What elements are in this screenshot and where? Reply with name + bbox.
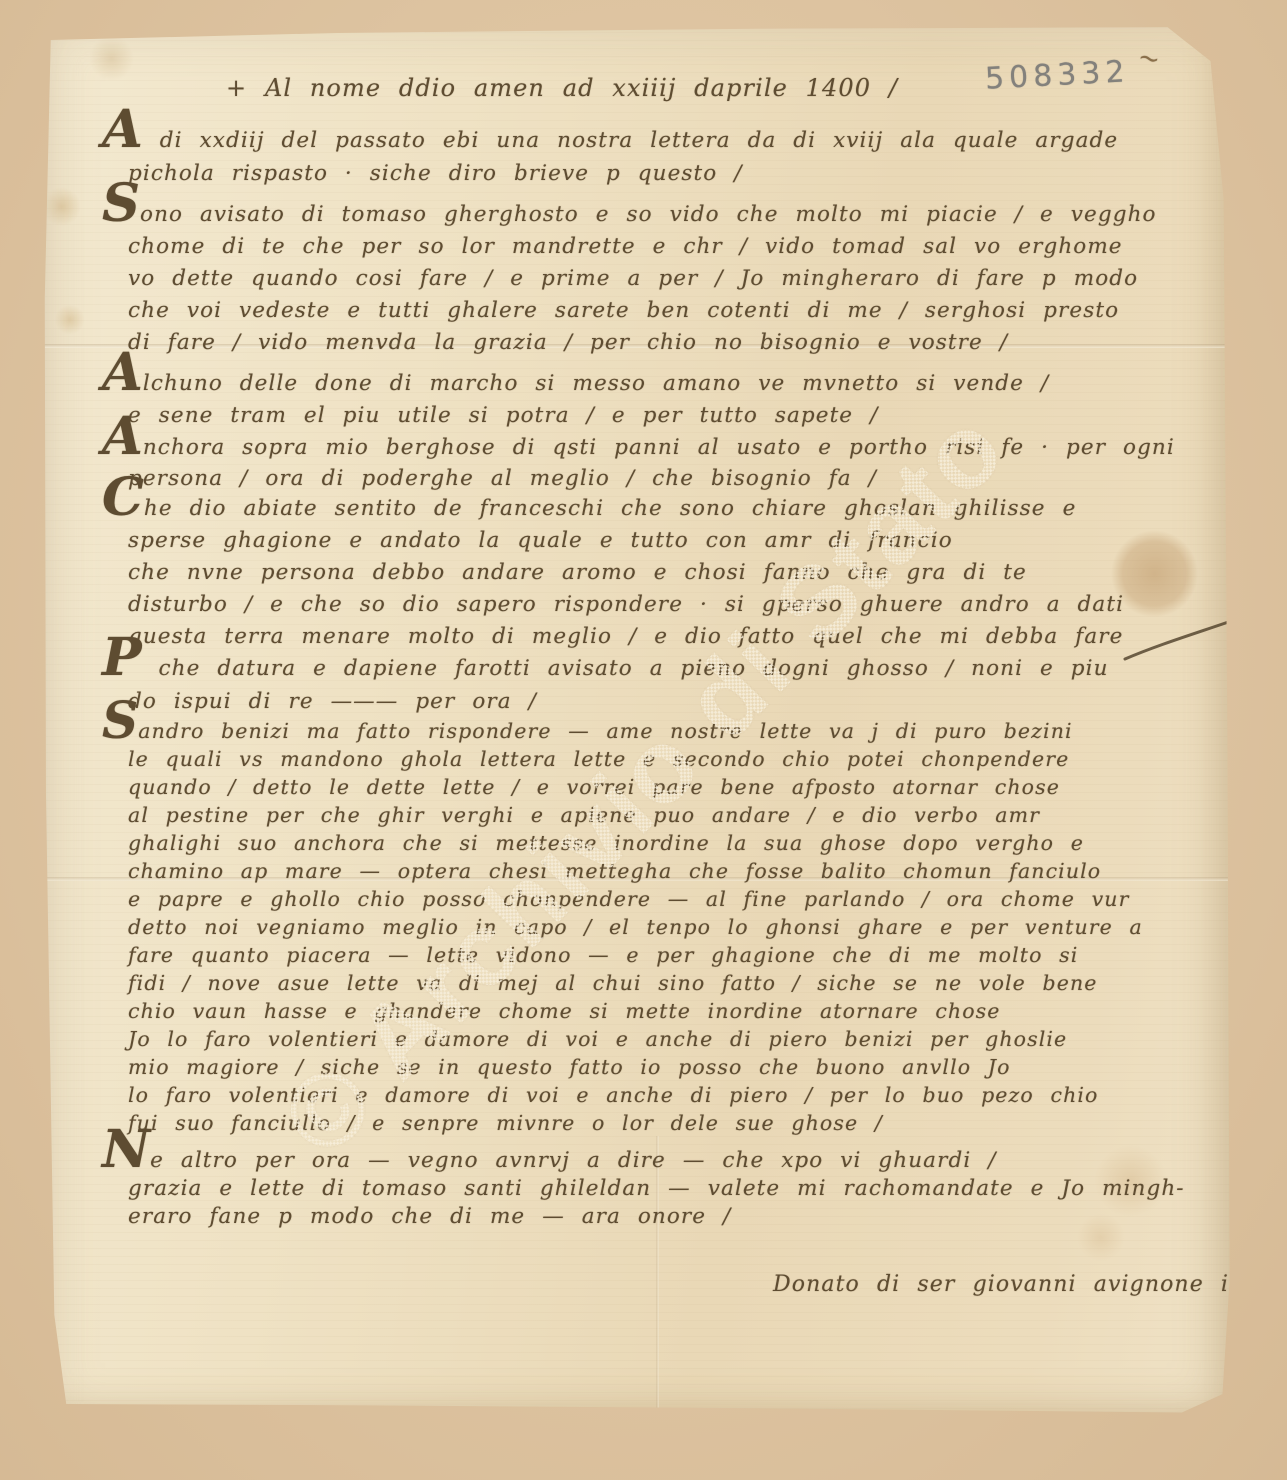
paragraph-5: Che dio abiate sentito de franceschi che… (128, 493, 1230, 653)
paragraph-2: Sono avisato di tomaso gherghosto e so v… (128, 199, 1230, 359)
manuscript-line: disturbo / e che so dio sapero risponder… (128, 589, 1230, 621)
manuscript-line: che voi vedeste e tutti ghalere sarete b… (128, 295, 1230, 327)
manuscript-line: grazia e lette di tomaso santi ghileldan… (128, 1175, 1230, 1203)
signature-line: Donato di ser giovanni avignone in frett… (773, 1272, 1243, 1297)
manuscript-line: detto noi vegniamo meglio in capo / el t… (128, 913, 1230, 941)
header-invocation-date: + Al nome ddio amen ad xxiiij daprile 14… (226, 74, 1086, 102)
manuscript-line: e sene tram el piu utile si potra / e pe… (128, 400, 1230, 432)
manuscript-line: di fare / vido menvda la grazia / per ch… (128, 327, 1230, 359)
manuscript-line: eraro fane p modo che di me — ara onore … (128, 1203, 1230, 1231)
manuscript-line: Che dio abiate sentito de franceschi che… (128, 493, 1230, 525)
manuscript-line: A di xxdiij del passato ebi una nostra l… (128, 124, 1230, 157)
manuscript-line: Alchuno delle done di marcho si messo am… (128, 368, 1230, 400)
manuscript-line: che nvne persona debbo andare aromo e ch… (128, 557, 1230, 589)
manuscript-line: persona / ora di poderghe al meglio / ch… (128, 463, 1230, 494)
manuscript-line: chio vaun hasse e ghandere chome si mett… (128, 997, 1230, 1025)
paragraph-3: Alchuno delle done di marcho si messo am… (128, 368, 1230, 432)
manuscript-line: Jo lo faro volentieri e damore di voi e … (128, 1025, 1230, 1053)
manuscript-line: chome di te che per so lor mandrette e c… (128, 231, 1230, 263)
paragraph-1: A di xxdiij del passato ebi una nostra l… (128, 124, 1230, 190)
archive-number-pencil: 508332 (984, 54, 1130, 97)
manuscript-line: e papre e ghollo chio posso chonpendere … (128, 885, 1230, 913)
manuscript-line: chamino ap mare — optera chesi mettegha … (128, 857, 1230, 885)
paragraph-8: Ne altro per ora — vegno avnrvj a dire —… (128, 1147, 1230, 1231)
pen-tick-mark: ~ (1135, 42, 1164, 77)
scanned-letter-page: + Al nome ddio amen ad xxiiij daprile 14… (0, 0, 1287, 1480)
manuscript-line: fare quanto piacera — lette vidono — e p… (128, 941, 1230, 969)
manuscript-line: questa terra menare molto di meglio / e … (128, 621, 1230, 653)
manuscript-line: vo dette quando cosi fare / e prime a pe… (128, 263, 1230, 295)
manuscript-line: Ne altro per ora — vegno avnrvj a dire —… (128, 1147, 1230, 1175)
manuscript-line: Anchora sopra mio berghose di qsti panni… (128, 432, 1230, 463)
manuscript-line: Sono avisato di tomaso gherghosto e so v… (128, 199, 1230, 231)
manuscript-line: sperse ghagione e andato la quale e tutt… (128, 525, 1230, 557)
manuscript-line: fidi / nove asue lette va di mej al chui… (128, 969, 1230, 997)
paragraph-4: Anchora sopra mio berghose di qsti panni… (128, 432, 1230, 494)
manuscript-line: pichola rispasto · siche diro brieve p q… (128, 157, 1230, 190)
